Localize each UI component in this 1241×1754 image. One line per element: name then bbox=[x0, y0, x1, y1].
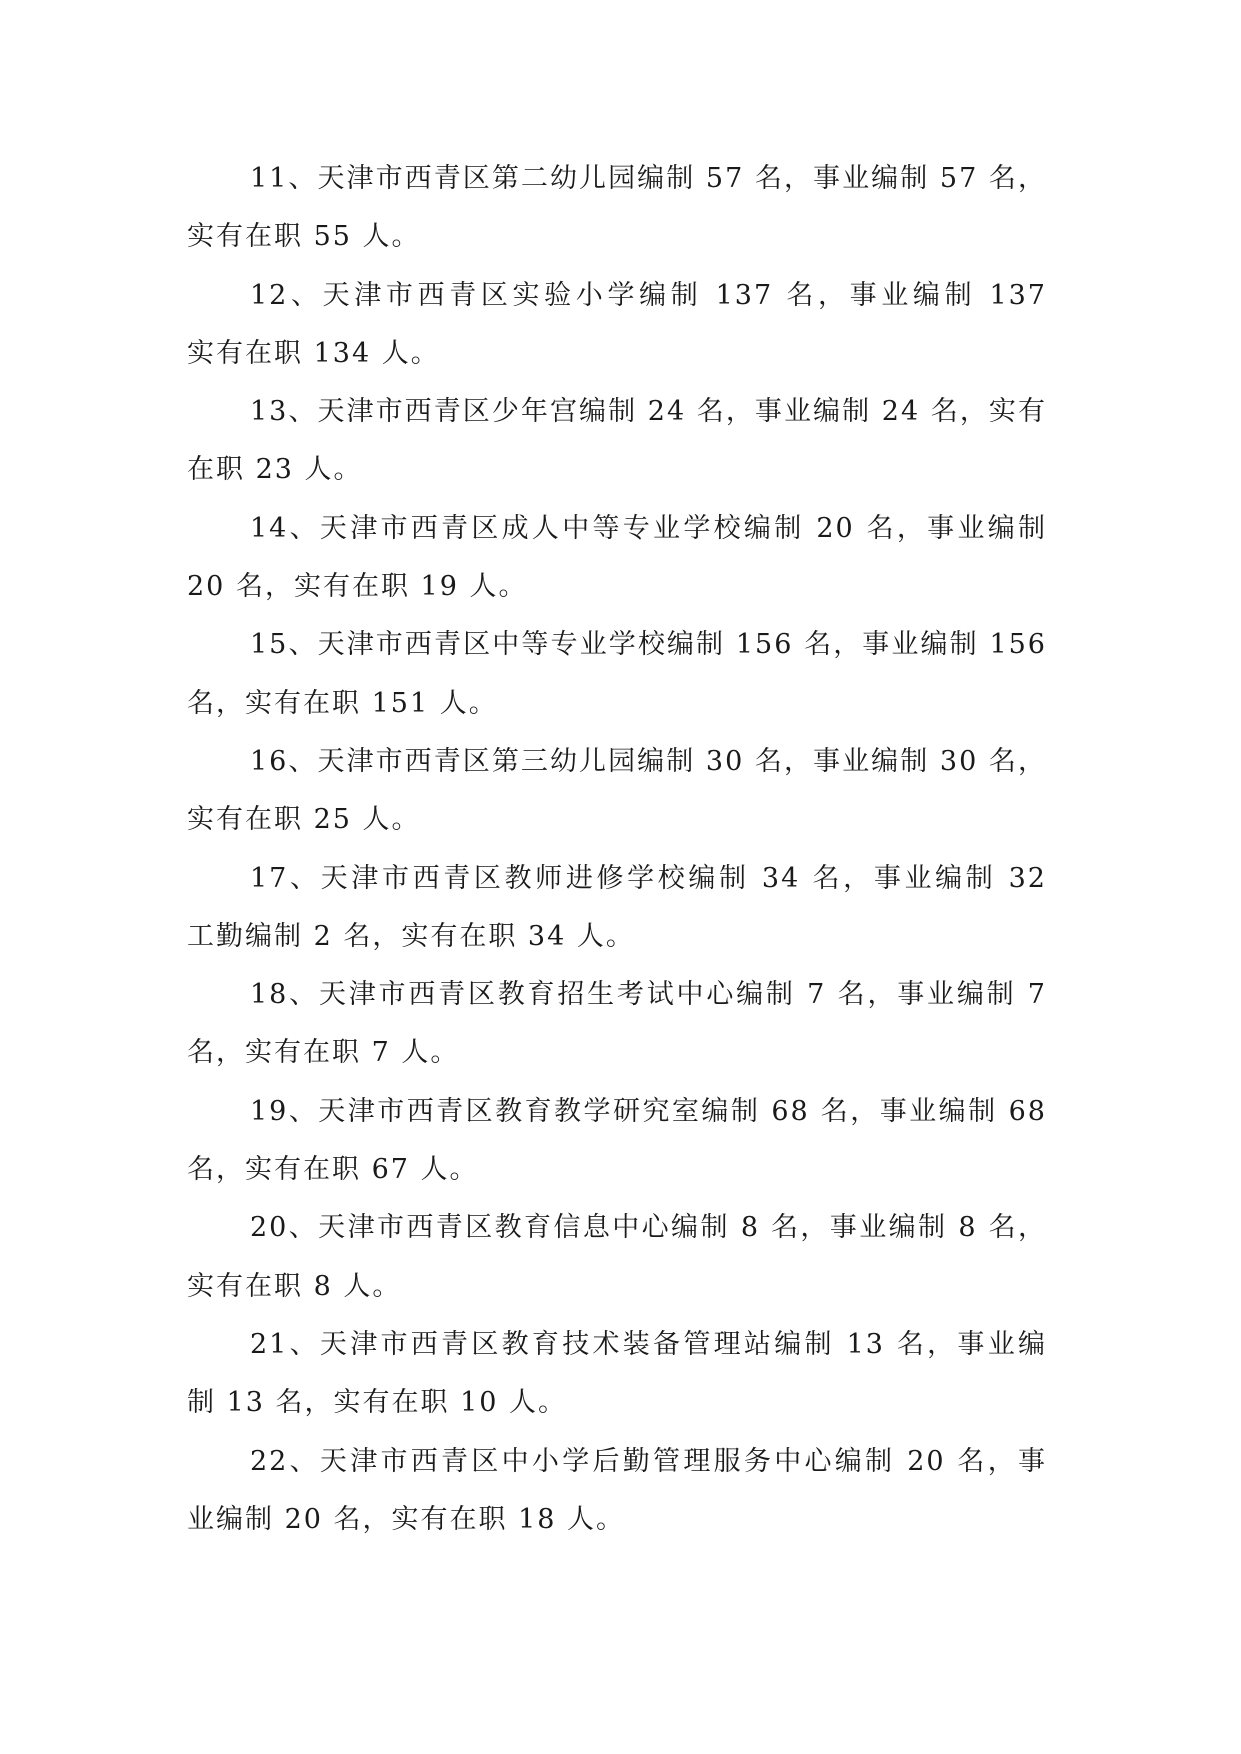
paragraph-item-16: 16、天津市西青区第三幼儿园编制 30 名，事业编制 30 名， 实有在职 25… bbox=[187, 733, 1047, 850]
paragraph-line-2: 实有在职 134 人。 bbox=[187, 325, 1047, 383]
paragraph-line-1: 20、天津市西青区教育信息中心编制 8 名，事业编制 8 名， bbox=[187, 1199, 1047, 1257]
paragraph-item-15: 15、天津市西青区中等专业学校编制 156 名，事业编制 156 名，实有在职 … bbox=[187, 616, 1047, 733]
paragraph-line-1: 21、天津市西青区教育技术装备管理站编制 13 名，事业编 bbox=[187, 1316, 1047, 1374]
paragraph-line-1: 15、天津市西青区中等专业学校编制 156 名，事业编制 156 bbox=[187, 616, 1047, 674]
paragraph-line-1: 12、天津市西青区实验小学编制 137 名，事业编制 137 名， bbox=[187, 267, 1047, 325]
paragraph-item-13: 13、天津市西青区少年宫编制 24 名，事业编制 24 名，实有 在职 23 人… bbox=[187, 383, 1047, 500]
paragraph-item-19: 19、天津市西青区教育教学研究室编制 68 名，事业编制 68 名，实有在职 6… bbox=[187, 1083, 1047, 1200]
paragraph-line-2: 实有在职 8 人。 bbox=[187, 1258, 1047, 1316]
paragraph-line-2: 实有在职 25 人。 bbox=[187, 791, 1047, 849]
paragraph-line-1: 22、天津市西青区中小学后勤管理服务中心编制 20 名，事 bbox=[187, 1433, 1047, 1491]
paragraph-item-21: 21、天津市西青区教育技术装备管理站编制 13 名，事业编 制 13 名，实有在… bbox=[187, 1316, 1047, 1433]
paragraph-line-2: 实有在职 55 人。 bbox=[187, 208, 1047, 266]
paragraph-line-1: 11、天津市西青区第二幼儿园编制 57 名，事业编制 57 名， bbox=[187, 150, 1047, 208]
paragraph-item-22: 22、天津市西青区中小学后勤管理服务中心编制 20 名，事 业编制 20 名，实… bbox=[187, 1433, 1047, 1550]
paragraph-item-17: 17、天津市西青区教师进修学校编制 34 名，事业编制 32 名、 工勤编制 2… bbox=[187, 850, 1047, 967]
paragraph-line-2: 名，实有在职 67 人。 bbox=[187, 1141, 1047, 1199]
paragraph-line-2: 制 13 名，实有在职 10 人。 bbox=[187, 1374, 1047, 1432]
paragraph-item-14: 14、天津市西青区成人中等专业学校编制 20 名，事业编制 20 名，实有在职 … bbox=[187, 500, 1047, 617]
paragraph-line-2: 业编制 20 名，实有在职 18 人。 bbox=[187, 1491, 1047, 1549]
paragraph-item-20: 20、天津市西青区教育信息中心编制 8 名，事业编制 8 名， 实有在职 8 人… bbox=[187, 1199, 1047, 1316]
paragraph-item-18: 18、天津市西青区教育招生考试中心编制 7 名，事业编制 7 名，实有在职 7 … bbox=[187, 966, 1047, 1083]
document-body: 11、天津市西青区第二幼儿园编制 57 名，事业编制 57 名， 实有在职 55… bbox=[187, 150, 1047, 1549]
paragraph-line-1: 19、天津市西青区教育教学研究室编制 68 名，事业编制 68 bbox=[187, 1083, 1047, 1141]
paragraph-line-2: 工勤编制 2 名，实有在职 34 人。 bbox=[187, 908, 1047, 966]
paragraph-item-11: 11、天津市西青区第二幼儿园编制 57 名，事业编制 57 名， 实有在职 55… bbox=[187, 150, 1047, 267]
paragraph-line-2: 20 名，实有在职 19 人。 bbox=[187, 558, 1047, 616]
document-page: 11、天津市西青区第二幼儿园编制 57 名，事业编制 57 名， 实有在职 55… bbox=[0, 0, 1241, 1754]
paragraph-line-1: 14、天津市西青区成人中等专业学校编制 20 名，事业编制 bbox=[187, 500, 1047, 558]
paragraph-line-1: 16、天津市西青区第三幼儿园编制 30 名，事业编制 30 名， bbox=[187, 733, 1047, 791]
paragraph-item-12: 12、天津市西青区实验小学编制 137 名，事业编制 137 名， 实有在职 1… bbox=[187, 267, 1047, 384]
paragraph-line-1: 18、天津市西青区教育招生考试中心编制 7 名，事业编制 7 bbox=[187, 966, 1047, 1024]
paragraph-line-2: 名，实有在职 151 人。 bbox=[187, 675, 1047, 733]
paragraph-line-2: 在职 23 人。 bbox=[187, 441, 1047, 499]
paragraph-line-1: 17、天津市西青区教师进修学校编制 34 名，事业编制 32 名、 bbox=[187, 850, 1047, 908]
paragraph-line-2: 名，实有在职 7 人。 bbox=[187, 1024, 1047, 1082]
paragraph-line-1: 13、天津市西青区少年宫编制 24 名，事业编制 24 名，实有 bbox=[187, 383, 1047, 441]
